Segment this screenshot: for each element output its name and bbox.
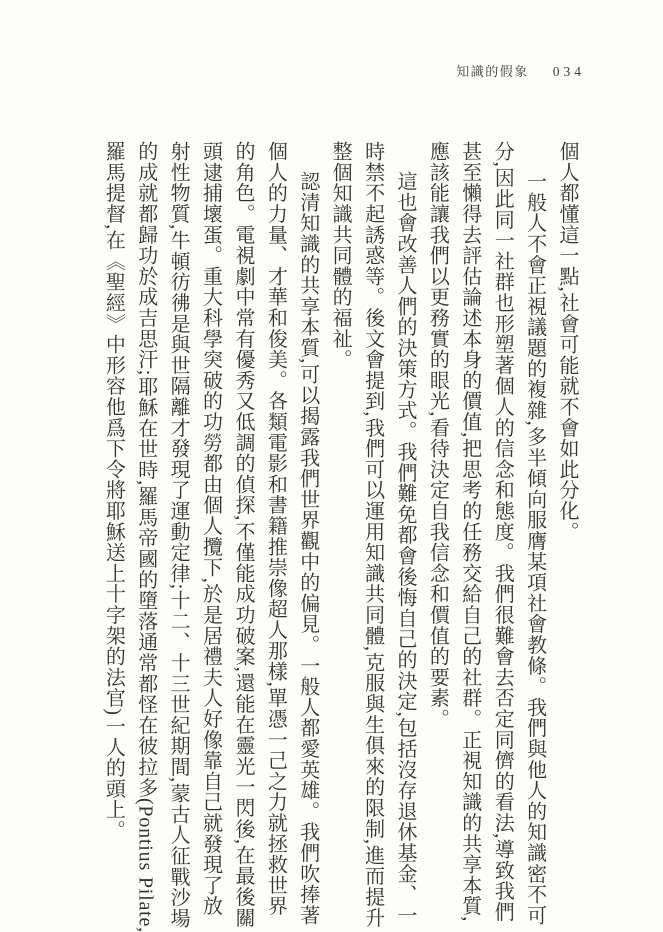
- paragraph: 一般人不會正視議題的複雜,多半傾向服膺某項社會教條。我們與他人的知識密不可分,因…: [421, 141, 551, 932]
- body-text: 個人都懂這一點,社會可能就不會如此分化。 一般人不會正視議題的複雜,多半傾向服膺…: [97, 141, 583, 932]
- running-head-book-title: 知識的假象: [456, 61, 529, 80]
- paragraph: 認清知識的共享本質,可以揭露我們世界觀中的偏見。一般人都愛英雄。我們吹捧著個人的…: [97, 141, 324, 932]
- book-page: 知識的假象 034 個人都懂這一點,社會可能就不會如此分化。 一般人不會正視議題…: [0, 0, 663, 932]
- running-head-page-number: 034: [553, 64, 585, 80]
- paragraph: 這也會改善人們的決策方式。我們難免都會後悔自己的決定,包括沒存退休基金、一時禁不…: [324, 141, 421, 932]
- paragraph: 個人都懂這一點,社會可能就不會如此分化。: [551, 141, 583, 932]
- running-head: 知識的假象 034: [456, 61, 585, 80]
